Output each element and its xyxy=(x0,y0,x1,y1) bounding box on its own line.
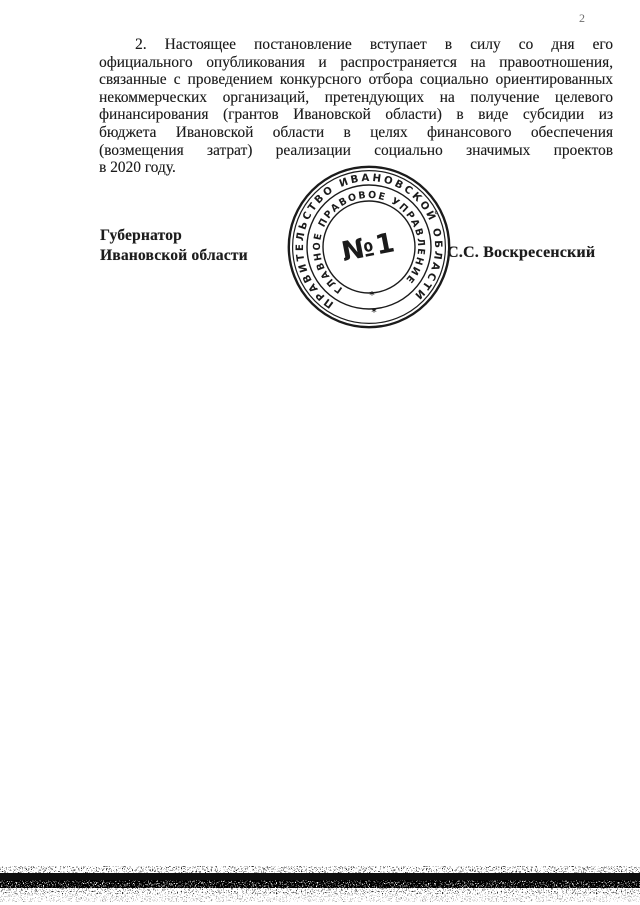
official-stamp: ПРАВИТЕЛЬСТВО ИВАНОВСКОЙ ОБЛАСТИ ГЛАВНОЕ… xyxy=(284,162,454,332)
signatory-title-line2: Ивановской области xyxy=(100,246,248,266)
scan-noise-graphic xyxy=(0,860,640,905)
paragraph-line: связанные с проведением конкурсного отбо… xyxy=(99,71,613,89)
signatory-name: С.С. Воскресенский xyxy=(447,244,595,262)
document-page: 2 2. Настоящее постановление вступает в … xyxy=(0,0,640,905)
scan-noise-dense xyxy=(0,880,640,888)
paragraph-line: 2. Настоящее постановление вступает в си… xyxy=(99,36,613,54)
resolution-paragraph: 2. Настоящее постановление вступает в си… xyxy=(99,36,613,177)
paragraph-line: (возмещения затрат) реализации социально… xyxy=(99,142,613,160)
signatory-title: Губернатор Ивановской области xyxy=(100,226,248,266)
paragraph-line: некоммерческих организаций, претендующих… xyxy=(99,89,613,107)
scan-artifact-band xyxy=(0,860,640,905)
paragraph-line: официального опубликования и распростран… xyxy=(99,54,613,72)
paragraph-line: бюджета Ивановской области в целях финан… xyxy=(99,124,613,142)
scan-noise-medium xyxy=(0,887,640,894)
paragraph-line: финансирования (грантов Ивановской облас… xyxy=(99,106,613,124)
signatory-title-line1: Губернатор xyxy=(100,226,248,246)
stamp-inner-separator-asterisk: * xyxy=(369,290,375,301)
stamp-number: №1 xyxy=(339,227,399,268)
stamp-outer-separator-asterisk: * xyxy=(371,307,377,318)
scan-noise-fade xyxy=(0,893,640,902)
scan-black-bar xyxy=(0,873,640,881)
stamp-seal-graphic: ПРАВИТЕЛЬСТВО ИВАНОВСКОЙ ОБЛАСТИ ГЛАВНОЕ… xyxy=(284,162,454,332)
scan-noise-above-bar xyxy=(0,866,640,874)
page-number: 2 xyxy=(579,11,585,26)
